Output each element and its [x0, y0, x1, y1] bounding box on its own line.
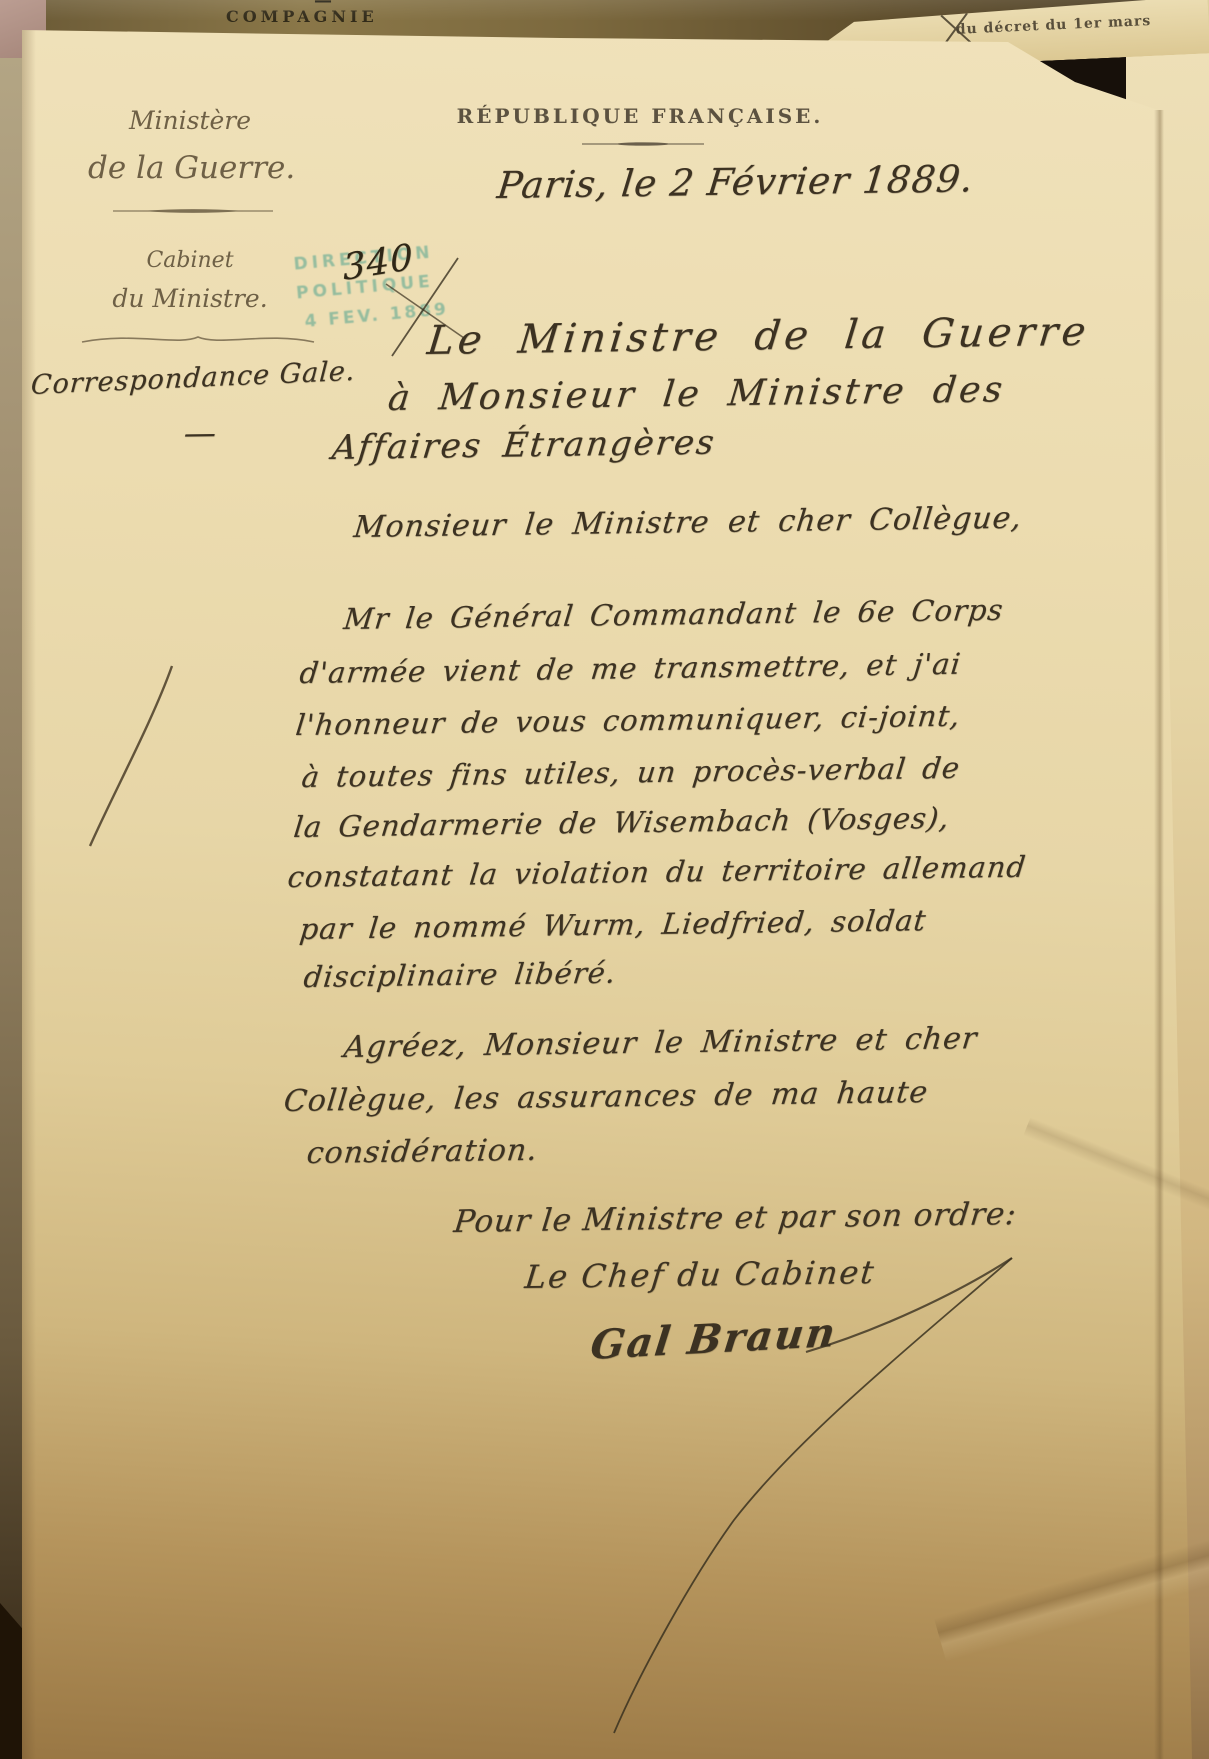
body-line: disciplinaire libéré.	[302, 956, 618, 994]
republic-divider	[578, 140, 708, 148]
letterhead-flourish	[78, 330, 318, 348]
address-line: Affaires Étrangères	[330, 423, 718, 468]
letterhead-guerre: de la Guerre.	[88, 150, 292, 186]
backdrop-compagnie-label: COMPAGNIE	[226, 7, 378, 26]
sheet-edge-shade	[22, 30, 36, 1759]
closing-line: considération.	[305, 1133, 540, 1171]
margin-dash: —	[182, 413, 219, 452]
letterhead-du-ministre: du Ministre.	[88, 284, 292, 313]
dateline: Paris, le 2 Février 1889.	[495, 157, 976, 207]
signoff-line: Le Chef du Cabinet	[523, 1253, 877, 1296]
address-line: à Monsieur le Ministre des	[386, 369, 1007, 419]
republic-heading: RÉPUBLIQUE FRANÇAISE.	[420, 104, 860, 128]
letterhead-divider	[108, 206, 278, 216]
address-line: Le Ministre de la Guerre	[425, 309, 1092, 364]
decree-scrap-text: du décret du 1er mars	[955, 13, 1151, 38]
archival-photo: — COMPAGNIE e y ry me 8 du décret du 1er…	[0, 0, 1209, 1759]
backdrop-dash: —	[314, 0, 332, 11]
letterhead-cabinet: Cabinet	[88, 248, 292, 273]
letterhead-ministere: Ministère	[88, 106, 292, 135]
